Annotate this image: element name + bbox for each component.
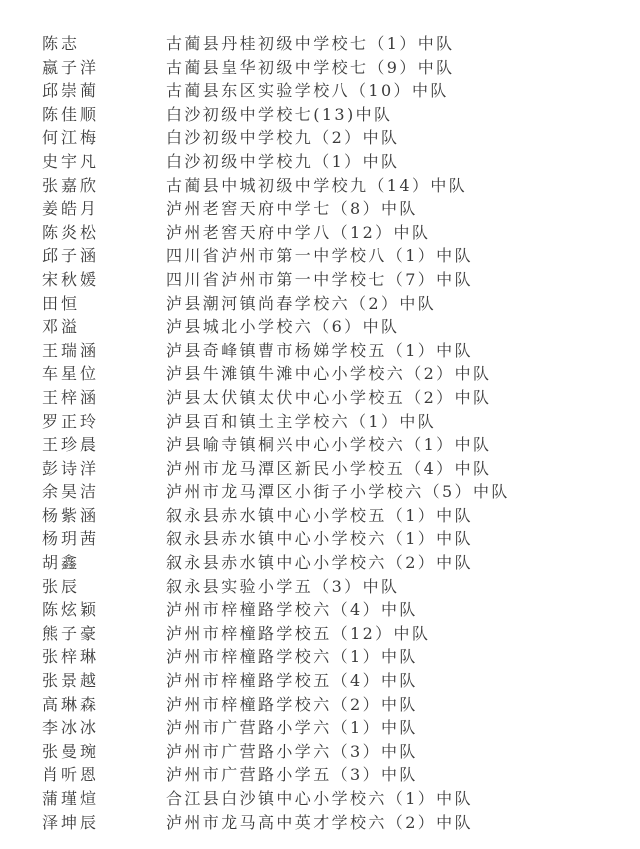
- school-team: 泸州市梓橦路学校六（2）中队: [166, 693, 418, 717]
- school-team: 泸州老窖天府中学七（8）中队: [166, 197, 418, 221]
- school-team: 泸州市龙马潭区新民小学校五（4）中队: [166, 457, 491, 481]
- student-name: 泽坤辰: [42, 811, 99, 835]
- student-name: 胡鑫: [42, 551, 80, 575]
- student-name: 熊子豪: [42, 622, 99, 646]
- school-team: 白沙初级中学校九（2）中队: [166, 126, 399, 150]
- school-team: 叙永县赤水镇中心小学校五（1）中队: [166, 504, 473, 528]
- list-item: 何江梅 白沙初级中学校九（2）中队: [0, 126, 640, 150]
- student-name: 肖听恩: [42, 763, 99, 787]
- list-item: 李冰冰 泸州市广营路小学六（1）中队: [0, 716, 640, 740]
- list-item: 邱崇蔺 古蔺县东区实验学校八（10）中队: [0, 79, 640, 103]
- student-name: 杨玥茜: [42, 527, 99, 551]
- list-item: 张曼琬 泸州市广营路小学六（3）中队: [0, 740, 640, 764]
- student-name: 王梓涵: [42, 386, 99, 410]
- list-item: 王瑞涵 泸县奇峰镇曹市杨娣学校五（1）中队: [0, 339, 640, 363]
- school-team: 泸州市梓橦路学校六（1）中队: [166, 645, 418, 669]
- student-name: 邱子涵: [42, 244, 99, 268]
- student-name: 陈炫颖: [42, 598, 99, 622]
- school-team: 泸州市龙马潭区小街子小学校六（5）中队: [166, 480, 510, 504]
- list-item: 熊子豪 泸州市梓橦路学校五（12）中队: [0, 622, 640, 646]
- school-team: 叙永县赤水镇中心小学校六（1）中队: [166, 527, 473, 551]
- school-team: 泸县太伏镇太伏中心小学校五（2）中队: [166, 386, 491, 410]
- list-item: 肖听恩 泸州市广营路小学五（3）中队: [0, 763, 640, 787]
- student-name: 王珍晨: [42, 433, 99, 457]
- list-item: 陈佳顺 白沙初级中学校七(13)中队: [0, 103, 640, 127]
- school-team: 叙永县实验小学五（3）中队: [166, 575, 399, 599]
- student-name: 史宇凡: [42, 150, 99, 174]
- student-name: 蒲瑾煊: [42, 787, 99, 811]
- school-team: 古蔺县中城初级中学校九（14）中队: [166, 174, 467, 198]
- student-name: 李冰冰: [42, 716, 99, 740]
- school-team: 泸县牛滩镇牛滩中心小学校六（2）中队: [166, 362, 491, 386]
- list-item: 陈志 古蔺县丹桂初级中学校七（1）中队: [0, 32, 640, 56]
- list-item: 张嘉欣 古蔺县中城初级中学校九（14）中队: [0, 174, 640, 198]
- list-item: 张景越 泸州市梓橦路学校五（4）中队: [0, 669, 640, 693]
- student-name: 邱崇蔺: [42, 79, 99, 103]
- list-item: 宋秋媛 四川省泸州市第一中学校七（7）中队: [0, 268, 640, 292]
- school-team: 白沙初级中学校九（1）中队: [166, 150, 399, 174]
- list-item: 张梓琳 泸州市梓橦路学校六（1）中队: [0, 645, 640, 669]
- school-team: 古蔺县皇华初级中学校七（9）中队: [166, 56, 455, 80]
- list-item: 泽坤辰 泸州市龙马高中英才学校六（2）中队: [0, 811, 640, 835]
- student-name: 彭诗洋: [42, 457, 99, 481]
- list-item: 车星位 泸县牛滩镇牛滩中心小学校六（2）中队: [0, 362, 640, 386]
- student-name: 张嘉欣: [42, 174, 99, 198]
- list-item: 张辰 叙永县实验小学五（3）中队: [0, 575, 640, 599]
- list-item: 邓溢 泸县城北小学校六（6）中队: [0, 315, 640, 339]
- school-team: 泸州市梓橦路学校六（4）中队: [166, 598, 418, 622]
- list-item: 胡鑫 叙永县赤水镇中心小学校六（2）中队: [0, 551, 640, 575]
- student-name: 邓溢: [42, 315, 80, 339]
- list-item: 高琳森 泸州市梓橦路学校六（2）中队: [0, 693, 640, 717]
- list-item: 田恒 泸县潮河镇尚春学校六（2）中队: [0, 292, 640, 316]
- student-name: 余昊洁: [42, 480, 99, 504]
- student-name: 车星位: [42, 362, 99, 386]
- list-item: 史宇凡 白沙初级中学校九（1）中队: [0, 150, 640, 174]
- list-item: 杨玥茜 叙永县赤水镇中心小学校六（1）中队: [0, 527, 640, 551]
- school-team: 泸县城北小学校六（6）中队: [166, 315, 399, 339]
- list-item: 罗正玲 泸县百和镇土主学校六（1）中队: [0, 410, 640, 434]
- school-team: 四川省泸州市第一中学校八（1）中队: [166, 244, 473, 268]
- student-name: 田恒: [42, 292, 80, 316]
- student-name: 宋秋媛: [42, 268, 99, 292]
- school-team: 泸州市梓橦路学校五（12）中队: [166, 622, 430, 646]
- school-team: 泸县喻寺镇桐兴中心小学校六（1）中队: [166, 433, 491, 457]
- list-item: 彭诗洋 泸州市龙马潭区新民小学校五（4）中队: [0, 457, 640, 481]
- school-team: 泸州老窖天府中学八（12）中队: [166, 221, 430, 245]
- list-item: 嬴子洋 古蔺县皇华初级中学校七（9）中队: [0, 56, 640, 80]
- school-team: 合江县白沙镇中心小学校六（1）中队: [166, 787, 473, 811]
- school-team: 泸县奇峰镇曹市杨娣学校五（1）中队: [166, 339, 473, 363]
- list-item: 陈炫颖 泸州市梓橦路学校六（4）中队: [0, 598, 640, 622]
- school-team: 泸州市广营路小学六（1）中队: [166, 716, 418, 740]
- school-team: 古蔺县东区实验学校八（10）中队: [166, 79, 449, 103]
- list-item: 王梓涵 泸县太伏镇太伏中心小学校五（2）中队: [0, 386, 640, 410]
- list-item: 王珍晨 泸县喻寺镇桐兴中心小学校六（1）中队: [0, 433, 640, 457]
- list-item: 姜皓月 泸州老窖天府中学七（8）中队: [0, 197, 640, 221]
- student-name: 陈志: [42, 32, 80, 56]
- school-team: 叙永县赤水镇中心小学校六（2）中队: [166, 551, 473, 575]
- list-item: 余昊洁 泸州市龙马潭区小街子小学校六（5）中队: [0, 480, 640, 504]
- student-name: 张辰: [42, 575, 80, 599]
- list-item: 陈炎松 泸州老窖天府中学八（12）中队: [0, 221, 640, 245]
- student-name: 王瑞涵: [42, 339, 99, 363]
- student-name: 姜皓月: [42, 197, 99, 221]
- student-name: 张梓琳: [42, 645, 99, 669]
- list-item: 杨紫涵 叙永县赤水镇中心小学校五（1）中队: [0, 504, 640, 528]
- school-team: 四川省泸州市第一中学校七（7）中队: [166, 268, 473, 292]
- student-name: 何江梅: [42, 126, 99, 150]
- student-name: 嬴子洋: [42, 56, 99, 80]
- student-name: 杨紫涵: [42, 504, 99, 528]
- list-item: 邱子涵 四川省泸州市第一中学校八（1）中队: [0, 244, 640, 268]
- student-name: 罗正玲: [42, 410, 99, 434]
- student-name: 陈炎松: [42, 221, 99, 245]
- student-name: 陈佳顺: [42, 103, 99, 127]
- school-team: 泸州市梓橦路学校五（4）中队: [166, 669, 418, 693]
- list-item: 蒲瑾煊 合江县白沙镇中心小学校六（1）中队: [0, 787, 640, 811]
- school-team: 白沙初级中学校七(13)中队: [166, 103, 392, 127]
- student-name: 张景越: [42, 669, 99, 693]
- name-list: 陈志 古蔺县丹桂初级中学校七（1）中队 嬴子洋 古蔺县皇华初级中学校七（9）中队…: [0, 32, 640, 834]
- school-team: 泸县百和镇土主学校六（1）中队: [166, 410, 436, 434]
- student-name: 张曼琬: [42, 740, 99, 764]
- school-team: 泸州市龙马高中英才学校六（2）中队: [166, 811, 473, 835]
- school-team: 泸州市广营路小学五（3）中队: [166, 763, 418, 787]
- school-team: 古蔺县丹桂初级中学校七（1）中队: [166, 32, 455, 56]
- school-team: 泸县潮河镇尚春学校六（2）中队: [166, 292, 436, 316]
- student-name: 高琳森: [42, 693, 99, 717]
- school-team: 泸州市广营路小学六（3）中队: [166, 740, 418, 764]
